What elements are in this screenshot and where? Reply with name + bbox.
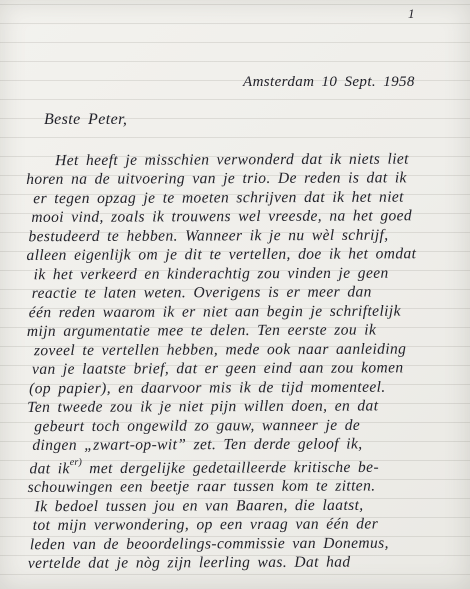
letter-line: tot mijn verwondering, op een vraag van … xyxy=(27,514,463,535)
letter-line: (op papier), en daarvoor mis ik de tijd … xyxy=(26,377,462,398)
line-text: dat ik xyxy=(29,460,69,477)
letter-line: reactie te laten weten. Overigens is er … xyxy=(26,282,462,303)
letter-line: er tegen opzag je te moeten schrijven da… xyxy=(25,187,461,208)
letter-line: dat iker) met dergelijke gedetailleerde … xyxy=(26,453,462,478)
letter-line: mooi vind, zoals ik trouwens wel vreesde… xyxy=(25,206,461,227)
letter-line: Het heeft je misschien verwonderd dat ik… xyxy=(25,149,461,170)
letter-line: zoveel te vertellen hebben, mede ook naa… xyxy=(26,339,462,360)
letter-line: leden van de beoordelings-commissie van … xyxy=(27,534,463,555)
letter-line: mijn argumentatie mee te delen. Ten eers… xyxy=(26,320,462,341)
letter-line: ik het verkeerd en kinderachtig zou vind… xyxy=(26,263,462,284)
letter-line: Ik bedoel tussen jou en van Baaren, die … xyxy=(27,496,463,517)
letter-line: vertelde dat je nòg zijn leerling was. D… xyxy=(27,552,463,573)
inserted-word: er) xyxy=(70,457,82,468)
date-line: Amsterdam 10 Sept. 1958 xyxy=(243,74,415,91)
line-text: met dergelijke gedetailleerde kritische … xyxy=(82,459,379,477)
salutation: Beste Peter, xyxy=(44,111,127,129)
letter-line: bestudeerd te hebben. Wanneer ik je nu w… xyxy=(25,225,461,246)
letter-line: alleen eigenlijk om je dit te vertellen,… xyxy=(25,244,461,265)
letter-line: één reden waarom ik er niet aan begin je… xyxy=(26,301,462,322)
letter-line: Ten tweede zou ik je niet pijn willen do… xyxy=(26,396,462,417)
letter-line: dingen „zwart-op-wit” zet. Ten derde gel… xyxy=(26,434,462,455)
letter-line: schouwingen een beetje raar tussen kom t… xyxy=(27,476,463,497)
letter-body: Het heeft je misschien verwonderd dat ik… xyxy=(25,149,463,573)
letter-paper: 1 Amsterdam 10 Sept. 1958 Beste Peter, H… xyxy=(0,0,470,589)
letter-line: van je laatste brief, dat er geen eind a… xyxy=(26,358,462,379)
letter-line: gebeurt toch ongewild zo gauw, wanneer j… xyxy=(26,415,462,436)
page-number: 1 xyxy=(408,6,415,22)
letter-line: horen na de uitvoering van je trio. De r… xyxy=(25,168,461,189)
